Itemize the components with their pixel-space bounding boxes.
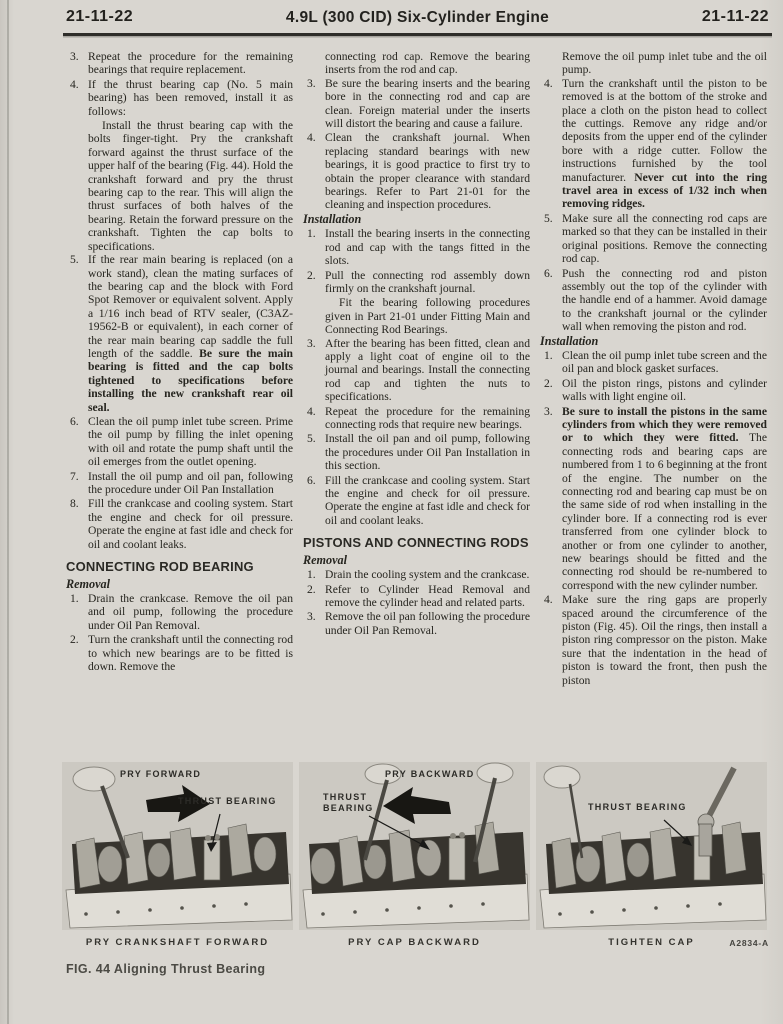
subsection-heading: Installation bbox=[540, 335, 767, 348]
list-number: 1. bbox=[307, 568, 316, 581]
figure-panel-tighten-cap: THRUST BEARING TIGHTEN CAP A2834-A bbox=[536, 762, 767, 951]
list-number: 6. bbox=[70, 415, 79, 428]
paragraph: 3.Repeat the procedure for the remaining… bbox=[66, 50, 293, 77]
text-segment: Make sure all the connecting rod caps ar… bbox=[562, 212, 767, 265]
paragraph: 4.If the thrust bearing cap (No. 5 main … bbox=[66, 78, 293, 118]
subsection-heading: Installation bbox=[303, 213, 530, 226]
text-segment: Turn the crankshaft until the connecting… bbox=[88, 633, 293, 673]
figure-label-thrust-bearing-1: THRUST BEARING bbox=[178, 796, 277, 807]
text-segment: If the rear main bearing is replaced (on… bbox=[88, 253, 293, 360]
paragraph: 8.Fill the crankcase and cooling system.… bbox=[66, 497, 293, 551]
scan-edge-artifact bbox=[7, 0, 9, 1024]
text-segment: If the thrust bearing cap (No. 5 main be… bbox=[88, 78, 293, 118]
paragraph: 2.Oil the piston rings, pistons and cyli… bbox=[540, 377, 767, 404]
text-segment: Oil the piston rings, pistons and cylind… bbox=[562, 377, 767, 403]
crankshaft-art-2 bbox=[299, 762, 530, 930]
figure-44: PRY FORWARD THRUST BEARING PRY CRANKSHAF… bbox=[62, 762, 769, 951]
paragraph: 4.Repeat the procedure for the remaining… bbox=[303, 405, 530, 432]
figure-label-thrust-bearing-3: THRUST BEARING bbox=[588, 802, 687, 813]
paragraph: Remove the oil pump inlet tube and the o… bbox=[540, 50, 767, 77]
figure-label-pry-backward: PRY BACKWARD bbox=[385, 769, 475, 780]
text-segment: Clean the oil pump inlet tube screen. Pr… bbox=[88, 415, 293, 468]
list-number: 4. bbox=[307, 405, 316, 418]
text-segment: connecting rod cap. Remove the bearing i… bbox=[325, 50, 530, 76]
list-number: 3. bbox=[307, 77, 316, 90]
list-number: 1. bbox=[544, 349, 553, 362]
text-segment: Push the connecting rod and piston assem… bbox=[562, 267, 767, 334]
paragraph: Fit the bearing following procedures giv… bbox=[303, 296, 530, 336]
list-number: 4. bbox=[70, 78, 79, 91]
paragraph: Install the thrust bearing cap with the … bbox=[66, 119, 293, 253]
paragraph: 1.Install the bearing inserts in the con… bbox=[303, 227, 530, 267]
text-segment: Installation bbox=[540, 334, 598, 348]
text-segment: Fill the crankcase and cooling system. S… bbox=[325, 474, 530, 527]
paragraph: 1.Drain the cooling system and the crank… bbox=[303, 568, 530, 581]
text-segment: Be sure the bearing inserts and the bear… bbox=[325, 77, 530, 130]
text-segment: Be sure to install the pistons in the sa… bbox=[562, 405, 767, 445]
text-segment: Remove the oil pump inlet tube and the o… bbox=[562, 50, 767, 76]
section-heading: PISTONS AND CONNECTING RODS bbox=[303, 536, 530, 551]
text-columns: 3.Repeat the procedure for the remaining… bbox=[66, 50, 768, 688]
column-1: 3.Repeat the procedure for the remaining… bbox=[66, 50, 293, 688]
paragraph: 4.Clean the crankshaft journal. When rep… bbox=[303, 131, 530, 211]
panel-caption-row-3: TIGHTEN CAP A2834-A bbox=[536, 937, 767, 951]
paragraph: 5.If the rear main bearing is replaced (… bbox=[66, 253, 293, 414]
manual-page: 21-11-22 4.9L (300 CID) Six-Cylinder Eng… bbox=[0, 0, 783, 1024]
list-number: 2. bbox=[307, 269, 316, 282]
panel-caption-1: PRY CRANKSHAFT FORWARD bbox=[62, 937, 293, 948]
text-segment: Install the thrust bearing cap with the … bbox=[88, 119, 293, 253]
paragraph: 2.Turn the crankshaft until the connecti… bbox=[66, 633, 293, 673]
paragraph: 6.Push the connecting rod and piston ass… bbox=[540, 267, 767, 334]
paragraph: 2.Pull the connecting rod assembly down … bbox=[303, 269, 530, 296]
panel-caption-row-1: PRY CRANKSHAFT FORWARD bbox=[62, 937, 293, 951]
figure-caption: FIG. 44 Aligning Thrust Bearing bbox=[66, 962, 265, 976]
paragraph: 3.Remove the oil pan following the proce… bbox=[303, 610, 530, 637]
text-segment: Install the oil pump and oil pan, follow… bbox=[88, 470, 293, 496]
text-segment: Drain the crankcase. Remove the oil pan … bbox=[88, 592, 293, 632]
text-segment: PISTONS AND CONNECTING RODS bbox=[303, 535, 529, 550]
paragraph: connecting rod cap. Remove the bearing i… bbox=[303, 50, 530, 77]
paragraph: 5.Make sure all the connecting rod caps … bbox=[540, 212, 767, 266]
text-segment: Fit the bearing following procedures giv… bbox=[325, 296, 530, 336]
figure-label-thrust-bearing-2: THRUST BEARING bbox=[323, 792, 381, 814]
list-number: 5. bbox=[70, 253, 79, 266]
figure-label-pry-forward: PRY FORWARD bbox=[120, 769, 201, 780]
paragraph: 2.Refer to Cylinder Head Removal and rem… bbox=[303, 583, 530, 610]
list-number: 3. bbox=[307, 337, 316, 350]
paragraph: 3.Be sure the bearing inserts and the be… bbox=[303, 77, 530, 131]
text-segment: Pull the connecting rod assembly down fi… bbox=[325, 269, 530, 295]
header-rule bbox=[63, 33, 772, 36]
list-number: 2. bbox=[544, 377, 553, 390]
paragraph: 6.Fill the crankcase and cooling system.… bbox=[303, 474, 530, 528]
paragraph: 1.Drain the crankcase. Remove the oil pa… bbox=[66, 592, 293, 632]
list-number: 4. bbox=[544, 77, 553, 90]
column-3: Remove the oil pump inlet tube and the o… bbox=[540, 50, 767, 688]
list-number: 7. bbox=[70, 470, 79, 483]
crankshaft-art-1 bbox=[62, 762, 293, 930]
list-number: 8. bbox=[70, 497, 79, 510]
crankshaft-art-3 bbox=[536, 762, 767, 930]
figure-code: A2834-A bbox=[729, 938, 769, 948]
text-segment: Drain the cooling system and the crankca… bbox=[325, 568, 529, 581]
page-number-right: 21-11-22 bbox=[702, 8, 769, 26]
crankshaft-photo-3: THRUST BEARING bbox=[536, 762, 767, 930]
panel-caption-row-2: PRY CAP BACKWARD bbox=[299, 937, 530, 951]
text-segment: Clean the crankshaft journal. When repla… bbox=[325, 131, 530, 211]
list-number: 4. bbox=[544, 593, 553, 606]
page-header: 21-11-22 4.9L (300 CID) Six-Cylinder Eng… bbox=[66, 8, 769, 32]
paragraph: 4.Make sure the ring gaps are properly s… bbox=[540, 593, 767, 687]
figure-panel-pry-forward: PRY FORWARD THRUST BEARING PRY CRANKSHAF… bbox=[62, 762, 293, 951]
list-number: 5. bbox=[307, 432, 316, 445]
list-number: 3. bbox=[70, 50, 79, 63]
text-segment: Removal bbox=[66, 577, 110, 591]
paragraph: 7.Install the oil pump and oil pan, foll… bbox=[66, 470, 293, 497]
text-segment: Repeat the procedure for the remaining c… bbox=[325, 405, 530, 431]
list-number: 3. bbox=[544, 405, 553, 418]
list-number: 1. bbox=[307, 227, 316, 240]
text-segment: Refer to Cylinder Head Removal and remov… bbox=[325, 583, 530, 609]
list-number: 1. bbox=[70, 592, 79, 605]
text-segment: Fill the crankcase and cooling system. S… bbox=[88, 497, 293, 550]
column-2: connecting rod cap. Remove the bearing i… bbox=[303, 50, 530, 688]
section-heading: CONNECTING ROD BEARING bbox=[66, 560, 293, 575]
list-number: 6. bbox=[544, 267, 553, 280]
list-number: 5. bbox=[544, 212, 553, 225]
text-segment: Installation bbox=[303, 212, 361, 226]
text-segment: Turn the crankshaft until the piston to … bbox=[562, 77, 767, 184]
list-number: 2. bbox=[307, 583, 316, 596]
text-segment: Install the oil pan and oil pump, follow… bbox=[325, 432, 530, 472]
page-title: 4.9L (300 CID) Six-Cylinder Engine bbox=[66, 9, 769, 27]
list-number: 2. bbox=[70, 633, 79, 646]
list-number: 6. bbox=[307, 474, 316, 487]
text-segment: Install the bearing inserts in the conne… bbox=[325, 227, 530, 267]
figure-panel-pry-backward: PRY BACKWARD THRUST BEARING PRY CAP BACK… bbox=[299, 762, 530, 951]
text-segment: Clean the oil pump inlet tube screen and… bbox=[562, 349, 767, 375]
crankshaft-photo-2: PRY BACKWARD THRUST BEARING bbox=[299, 762, 530, 930]
text-segment: Repeat the procedure for the remaining b… bbox=[88, 50, 293, 76]
crankshaft-photo-1: PRY FORWARD THRUST BEARING bbox=[62, 762, 293, 930]
text-segment: After the bearing has been fitted, clean… bbox=[325, 337, 530, 404]
list-number: 4. bbox=[307, 131, 316, 144]
subsection-heading: Removal bbox=[303, 554, 530, 567]
paragraph: 4.Turn the crankshaft until the piston t… bbox=[540, 77, 767, 211]
paragraph: 1.Clean the oil pump inlet tube screen a… bbox=[540, 349, 767, 376]
paragraph: 3.After the bearing has been fitted, cle… bbox=[303, 337, 530, 404]
text-segment: Make sure the ring gaps are properly spa… bbox=[562, 593, 767, 686]
paragraph: 5.Install the oil pan and oil pump, foll… bbox=[303, 432, 530, 472]
panel-caption-2: PRY CAP BACKWARD bbox=[299, 937, 530, 948]
text-segment: CONNECTING ROD BEARING bbox=[66, 559, 254, 574]
text-segment: The connecting rods and bearing caps are… bbox=[562, 431, 767, 591]
paragraph: 3.Be sure to install the pistons in the … bbox=[540, 405, 767, 593]
paragraph: 6.Clean the oil pump inlet tube screen. … bbox=[66, 415, 293, 469]
subsection-heading: Removal bbox=[66, 578, 293, 591]
text-segment: Remove the oil pan following the procedu… bbox=[325, 610, 530, 636]
list-number: 3. bbox=[307, 610, 316, 623]
text-segment: Removal bbox=[303, 553, 347, 567]
